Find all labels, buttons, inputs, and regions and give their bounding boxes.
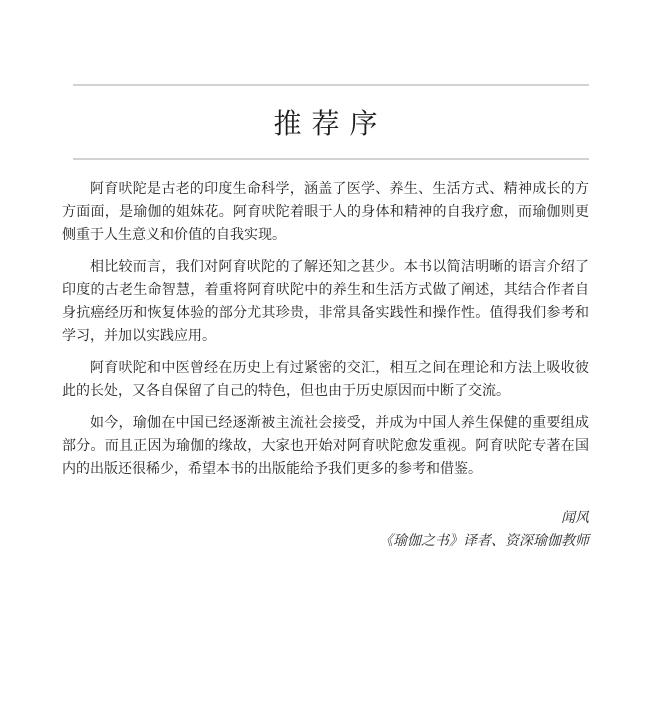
title-divider-bottom [73, 158, 589, 160]
document-page: 推荐序 阿育吠陀是古老的印度生命科学，涵盖了医学、养生、生活方式、精神成长的方方… [0, 0, 653, 724]
title-divider-top [73, 84, 589, 86]
page-title: 推荐序 [62, 110, 589, 140]
paragraph-1: 阿育吠陀是古老的印度生命科学，涵盖了医学、养生、生活方式、精神成长的方方面面，是… [62, 178, 589, 247]
signature-block: 闻风 《瑜伽之书》译者、资深瑜伽教师 [62, 507, 589, 553]
signature-role: 《瑜伽之书》译者、资深瑜伽教师 [62, 530, 589, 553]
paragraph-4: 如今，瑜伽在中国已经逐渐被主流社会接受，并成为中国人养生保健的重要组成部分。而且… [62, 412, 589, 481]
signature-name: 闻风 [62, 507, 589, 530]
paragraph-3: 阿育吠陀和中医曾经在历史上有过紧密的交汇，相互之间在理论和方法上吸收彼此的长处，… [62, 357, 589, 403]
paragraph-2: 相比较而言，我们对阿育吠陀的了解还知之甚少。本书以简洁明晰的语言介绍了印度的古老… [62, 256, 589, 348]
preface-body: 阿育吠陀是古老的印度生命科学，涵盖了医学、养生、生活方式、精神成长的方方面面，是… [62, 178, 589, 481]
